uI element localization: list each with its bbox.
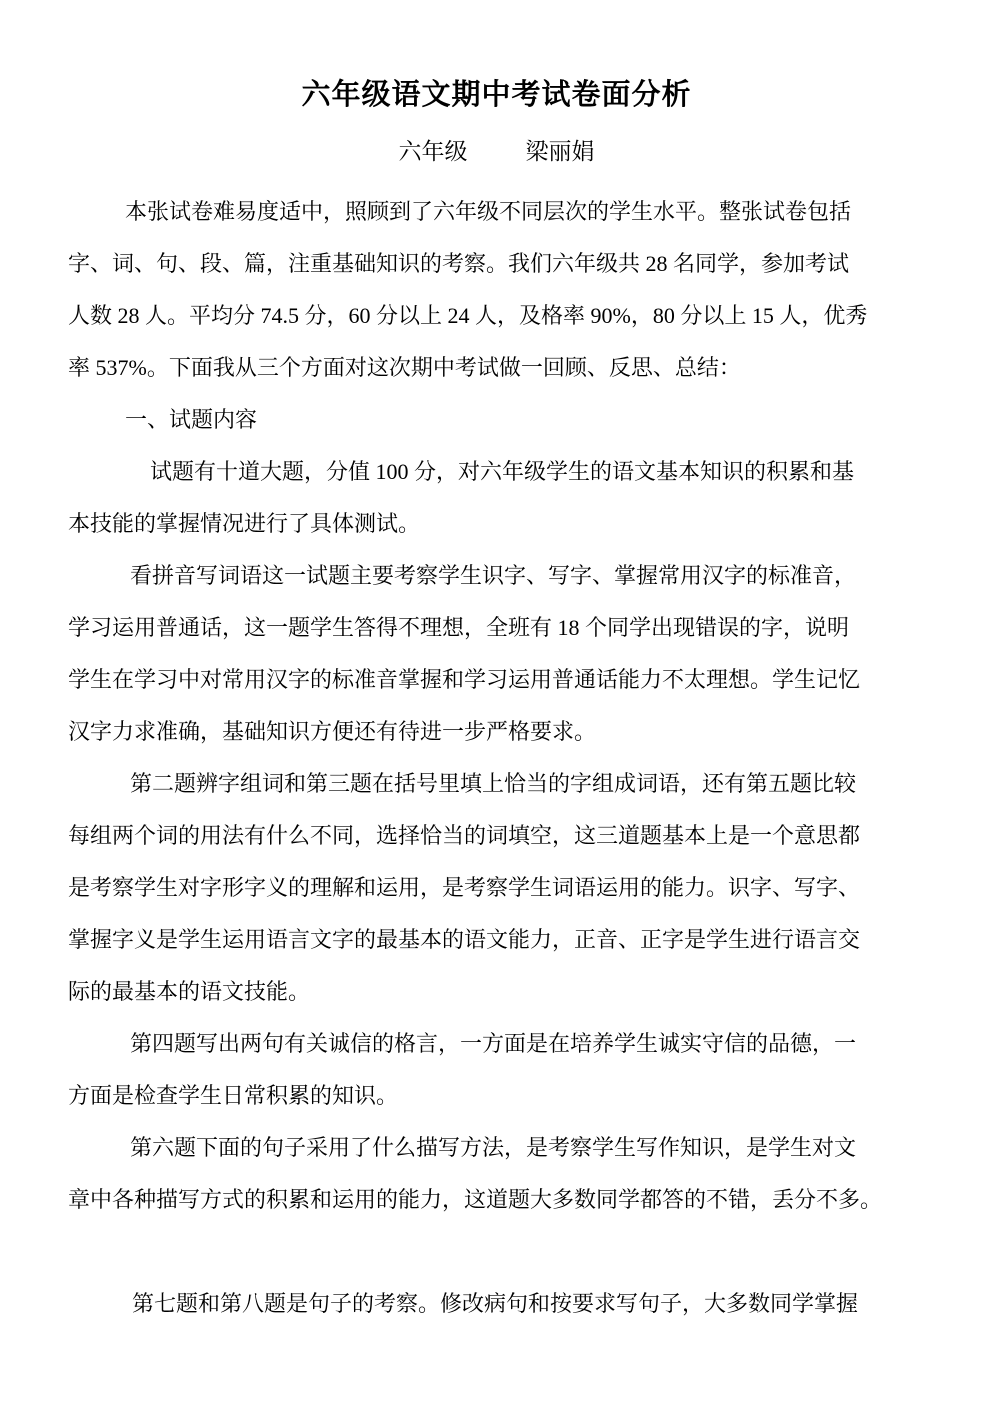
byline: 六年级 梁丽娟 [0, 136, 993, 168]
document-page: 六年级语文期中考试卷面分析 六年级 梁丽娟 本张试卷难易度适中，照顾到了六年级不… [0, 0, 993, 1404]
text-line: 看拼音写词语这一试题主要考察学生识字、写字、掌握常用汉字的标准音， [68, 550, 948, 602]
blank-line [68, 1226, 948, 1278]
text-line: 第六题下面的句子采用了什么描写方法，是考察学生写作知识，是学生对文 [68, 1122, 948, 1174]
text-line: 掌握字义是学生运用语言文字的最基本的语文能力，正音、正字是学生进行语言交 [68, 914, 948, 966]
text-line: 字、词、句、段、篇，注重基础知识的考察。我们六年级共 28 名同学，参加考试 [68, 238, 948, 290]
paragraph: 看拼音写词语这一试题主要考察学生识字、写字、掌握常用汉字的标准音，学习运用普通话… [68, 550, 948, 758]
text-line: 是考察学生对字形字义的理解和运用，是考察学生词语运用的能力。识字、写字、 [68, 862, 948, 914]
paragraph: 试题有十道大题，分值 100 分，对六年级学生的语文基本知识的积累和基本技能的掌… [68, 446, 948, 550]
text-line: 试题有十道大题，分值 100 分，对六年级学生的语文基本知识的积累和基 [68, 446, 948, 498]
text-line: 章中各种描写方式的积累和运用的能力，这道题大多数同学都答的不错，丢分不多。 [68, 1174, 948, 1226]
text-line: 一、试题内容 [68, 394, 948, 446]
text-line: 本技能的掌握情况进行了具体测试。 [68, 498, 948, 550]
document-title: 六年级语文期中考试卷面分析 [0, 76, 993, 114]
text-line: 人数 28 人。平均分 74.5 分，60 分以上 24 人，及格率 90%，8… [68, 290, 948, 342]
text-line: 第七题和第八题是句子的考察。修改病句和按要求写句子，大多数同学掌握 [68, 1278, 948, 1330]
text-line: 每组两个词的用法有什么不同，选择恰当的词填空，这三道题基本上是一个意思都 [68, 810, 948, 862]
text-line: 学习运用普通话，这一题学生答得不理想，全班有 18 个同学出现错误的字，说明 [68, 602, 948, 654]
paragraph: 第四题写出两句有关诚信的格言，一方面是在培养学生诚实守信的品德，一方面是检查学生… [68, 1018, 948, 1122]
text-line: 际的最基本的语文技能。 [68, 966, 948, 1018]
paragraph: 第二题辨字组词和第三题在括号里填上恰当的字组成词语，还有第五题比较每组两个词的用… [68, 758, 948, 1018]
text-line: 率 537%。下面我从三个方面对这次期中考试做一回顾、反思、总结： [68, 342, 948, 394]
text-line: 汉字力求准确，基础知识方便还有待进一步严格要求。 [68, 706, 948, 758]
text-line: 第二题辨字组词和第三题在括号里填上恰当的字组成词语，还有第五题比较 [68, 758, 948, 810]
byline-grade: 六年级 [399, 136, 468, 168]
document-body: 本张试卷难易度适中，照顾到了六年级不同层次的学生水平。整张试卷包括字、词、句、段… [68, 186, 948, 1330]
text-line: 学生在学习中对常用汉字的标准音掌握和学习运用普通话能力不太理想。学生记忆 [68, 654, 948, 706]
paragraph: 第七题和第八题是句子的考察。修改病句和按要求写句子，大多数同学掌握 [68, 1278, 948, 1330]
paragraph: 第六题下面的句子采用了什么描写方法，是考察学生写作知识，是学生对文章中各种描写方… [68, 1122, 948, 1226]
byline-author: 梁丽娟 [526, 136, 595, 168]
text-line: 方面是检查学生日常积累的知识。 [68, 1070, 948, 1122]
section-heading: 一、试题内容 [68, 394, 948, 446]
paragraph-spacer [68, 1226, 948, 1278]
text-line: 本张试卷难易度适中，照顾到了六年级不同层次的学生水平。整张试卷包括 [68, 186, 948, 238]
paragraph: 本张试卷难易度适中，照顾到了六年级不同层次的学生水平。整张试卷包括字、词、句、段… [68, 186, 948, 394]
text-line: 第四题写出两句有关诚信的格言，一方面是在培养学生诚实守信的品德，一 [68, 1018, 948, 1070]
